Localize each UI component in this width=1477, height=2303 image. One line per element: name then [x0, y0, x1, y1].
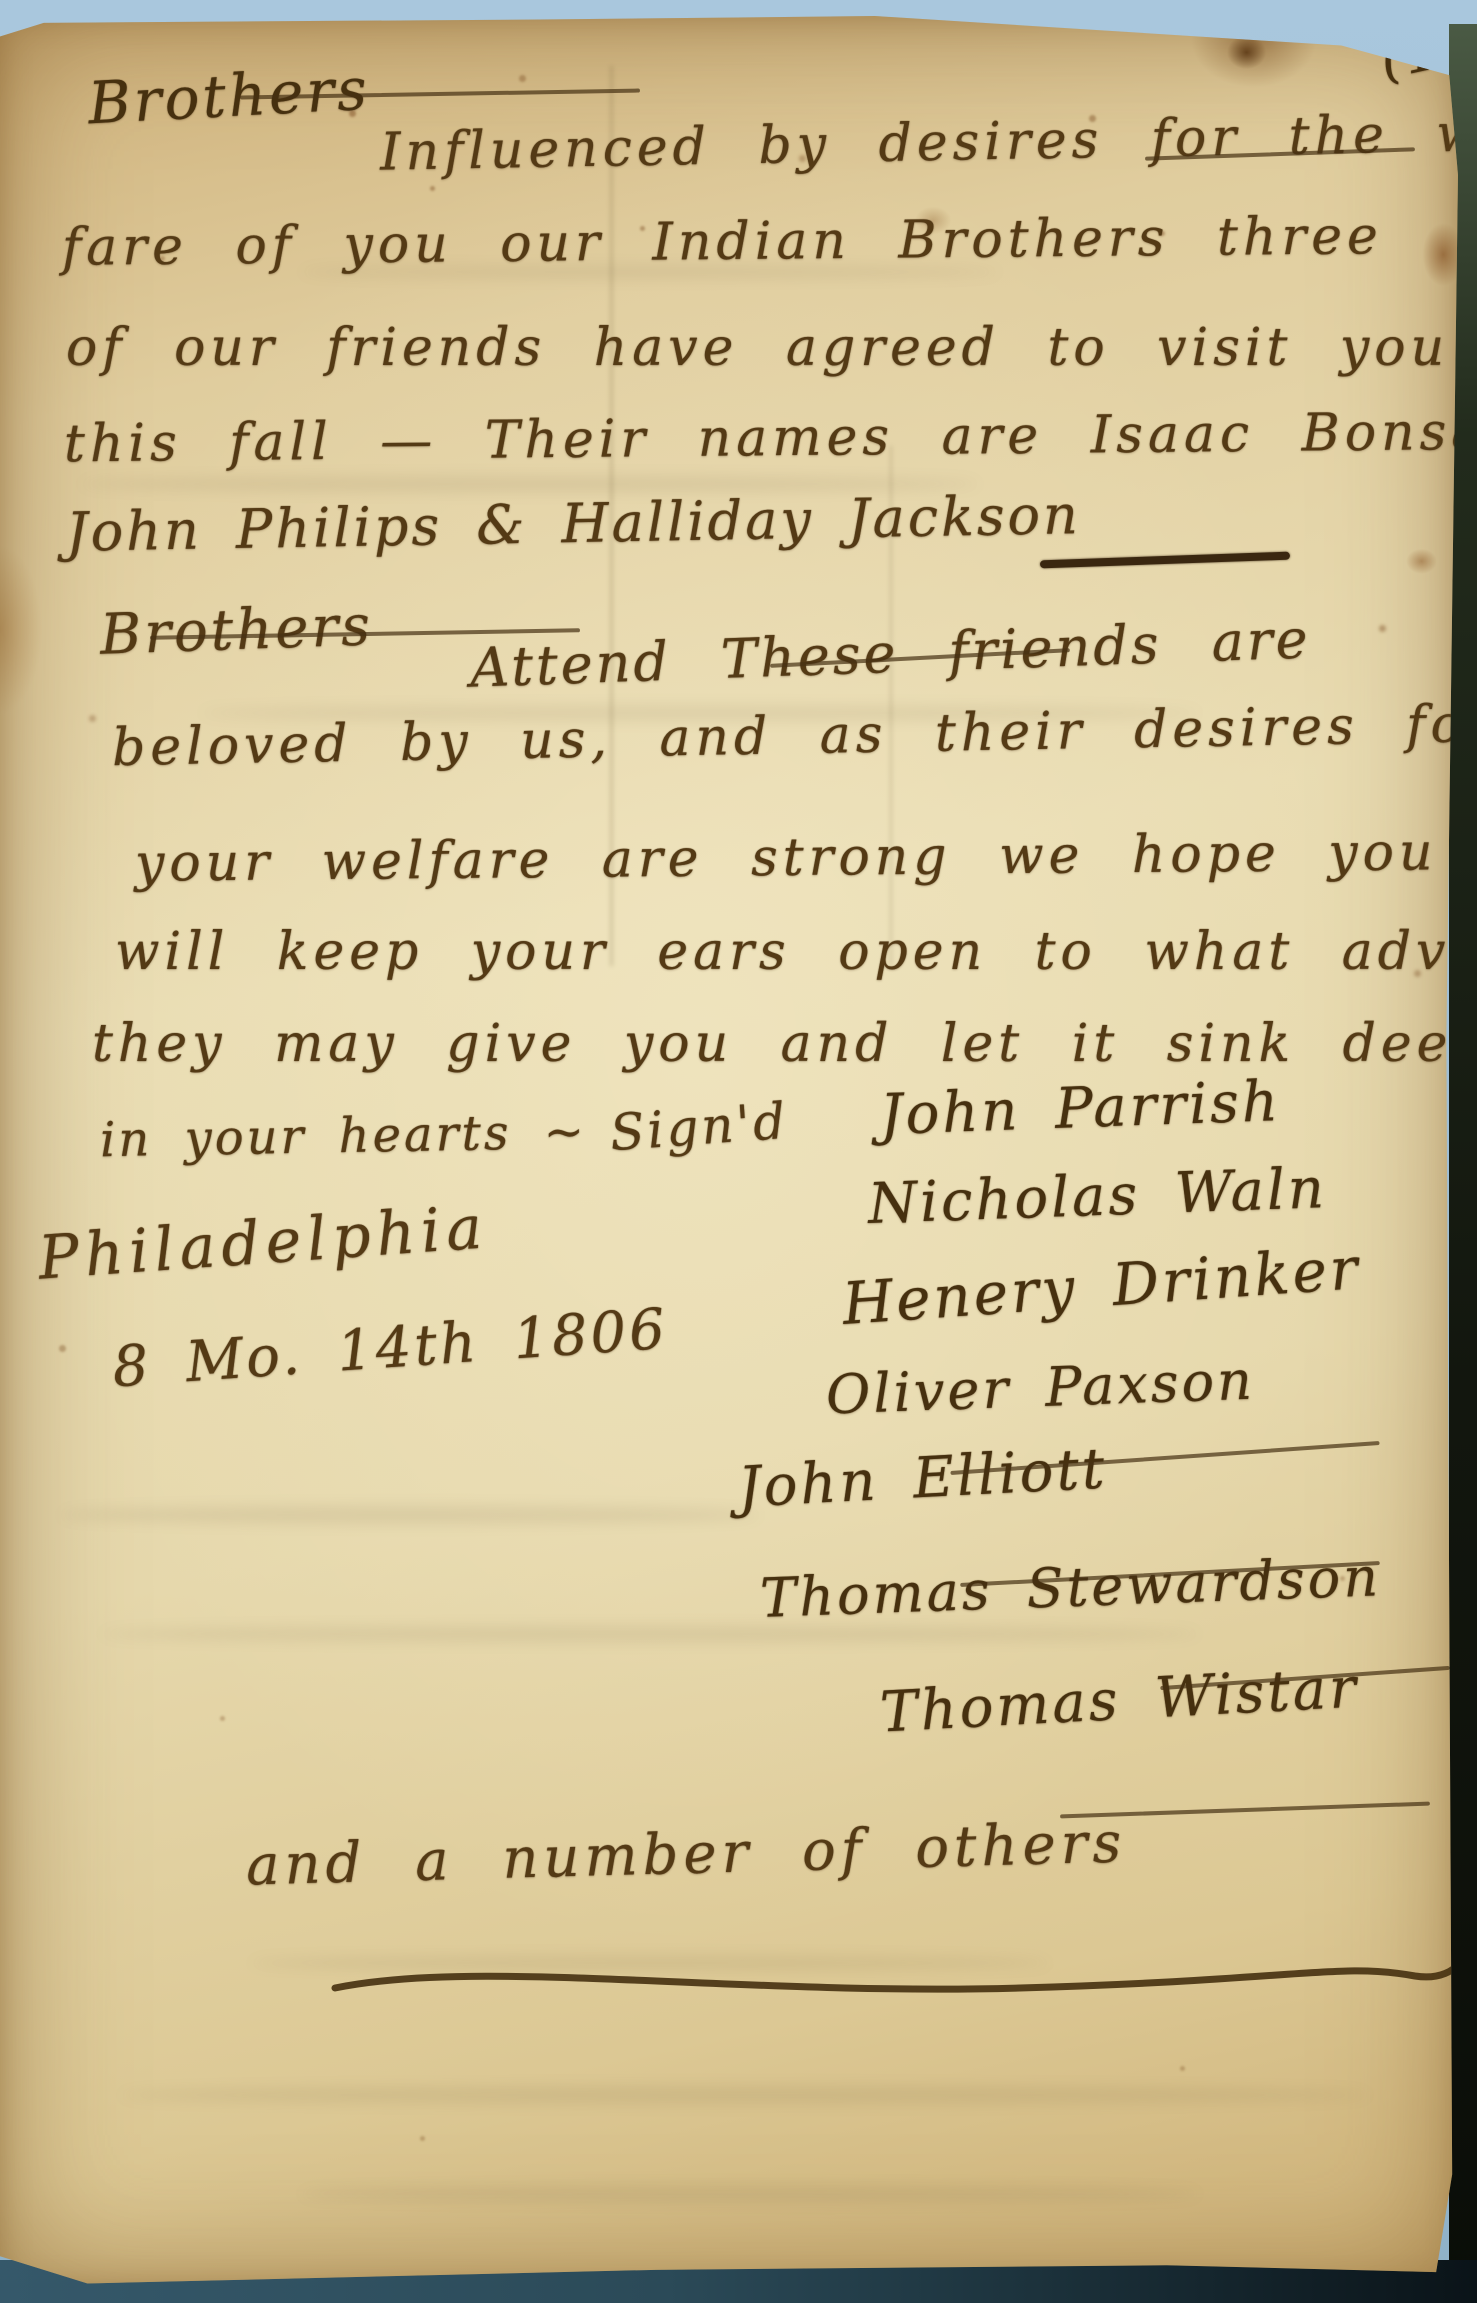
signature-john-parrish: John Parrish — [879, 1069, 1282, 1148]
signature-henery-drinker: Henery Drinker — [840, 1234, 1362, 1338]
foxing-spots — [0, 16, 5, 21]
signature-thomas-stewardson: Thomas Stewardson — [759, 1545, 1382, 1630]
manuscript-line-8: your welfare are strong we hope you — [135, 822, 1438, 893]
bleed-through-streak — [60, 1506, 760, 1524]
manuscript-line-4: this fall — Their names are Isaac Bonsal — [64, 402, 1477, 475]
bleed-through-streak — [300, 2186, 1200, 2202]
pen-dash — [1040, 552, 1290, 569]
pen-underline-flourish — [320, 1940, 1470, 2020]
signature-oliver-paxson: Oliver Paxson — [825, 1349, 1256, 1427]
scanned-manuscript: { "page_number": "(13)", "headings": { "… — [0, 0, 1477, 2303]
bleed-through-streak — [100, 1626, 1200, 1642]
manuscript-line-10: they may give you and let it sink deep — [92, 1014, 1477, 1074]
signature-nicholas-waln: Nicholas Waln — [867, 1156, 1328, 1237]
closing-line: and a number of others — [245, 1810, 1127, 1898]
signature-thomas-wistar: Thomas Wistar — [879, 1656, 1361, 1746]
signed-label: Sign'd — [608, 1092, 790, 1162]
manuscript-paper: (13) Brothers Influenced by desires for … — [0, 16, 1458, 2288]
manuscript-line-2: fare of you our Indian Brothers three — [62, 206, 1383, 278]
dateline-place: Philadelphia — [36, 1192, 490, 1293]
manuscript-line-11: in your hearts ~ — [100, 1104, 588, 1168]
manuscript-line-7: beloved by us, and as their desires for — [112, 694, 1477, 778]
bleed-through-streak — [120, 2086, 1370, 2104]
signature-john-elliott: John Elliott — [737, 1436, 1109, 1520]
manuscript-line-3: of our friends have agreed to visit you — [66, 318, 1449, 378]
manuscript-line-9: will keep your ears open to what advice — [115, 922, 1477, 982]
manuscript-line-1: Influenced by desires for the wel— — [380, 101, 1477, 182]
salutation-brothers-2: Brothers — [99, 593, 374, 667]
manuscript-line-5: John Philips & Halliday Jackson — [66, 483, 1082, 564]
dateline-date: 8 Mo. 14th 1806 — [110, 1297, 669, 1401]
